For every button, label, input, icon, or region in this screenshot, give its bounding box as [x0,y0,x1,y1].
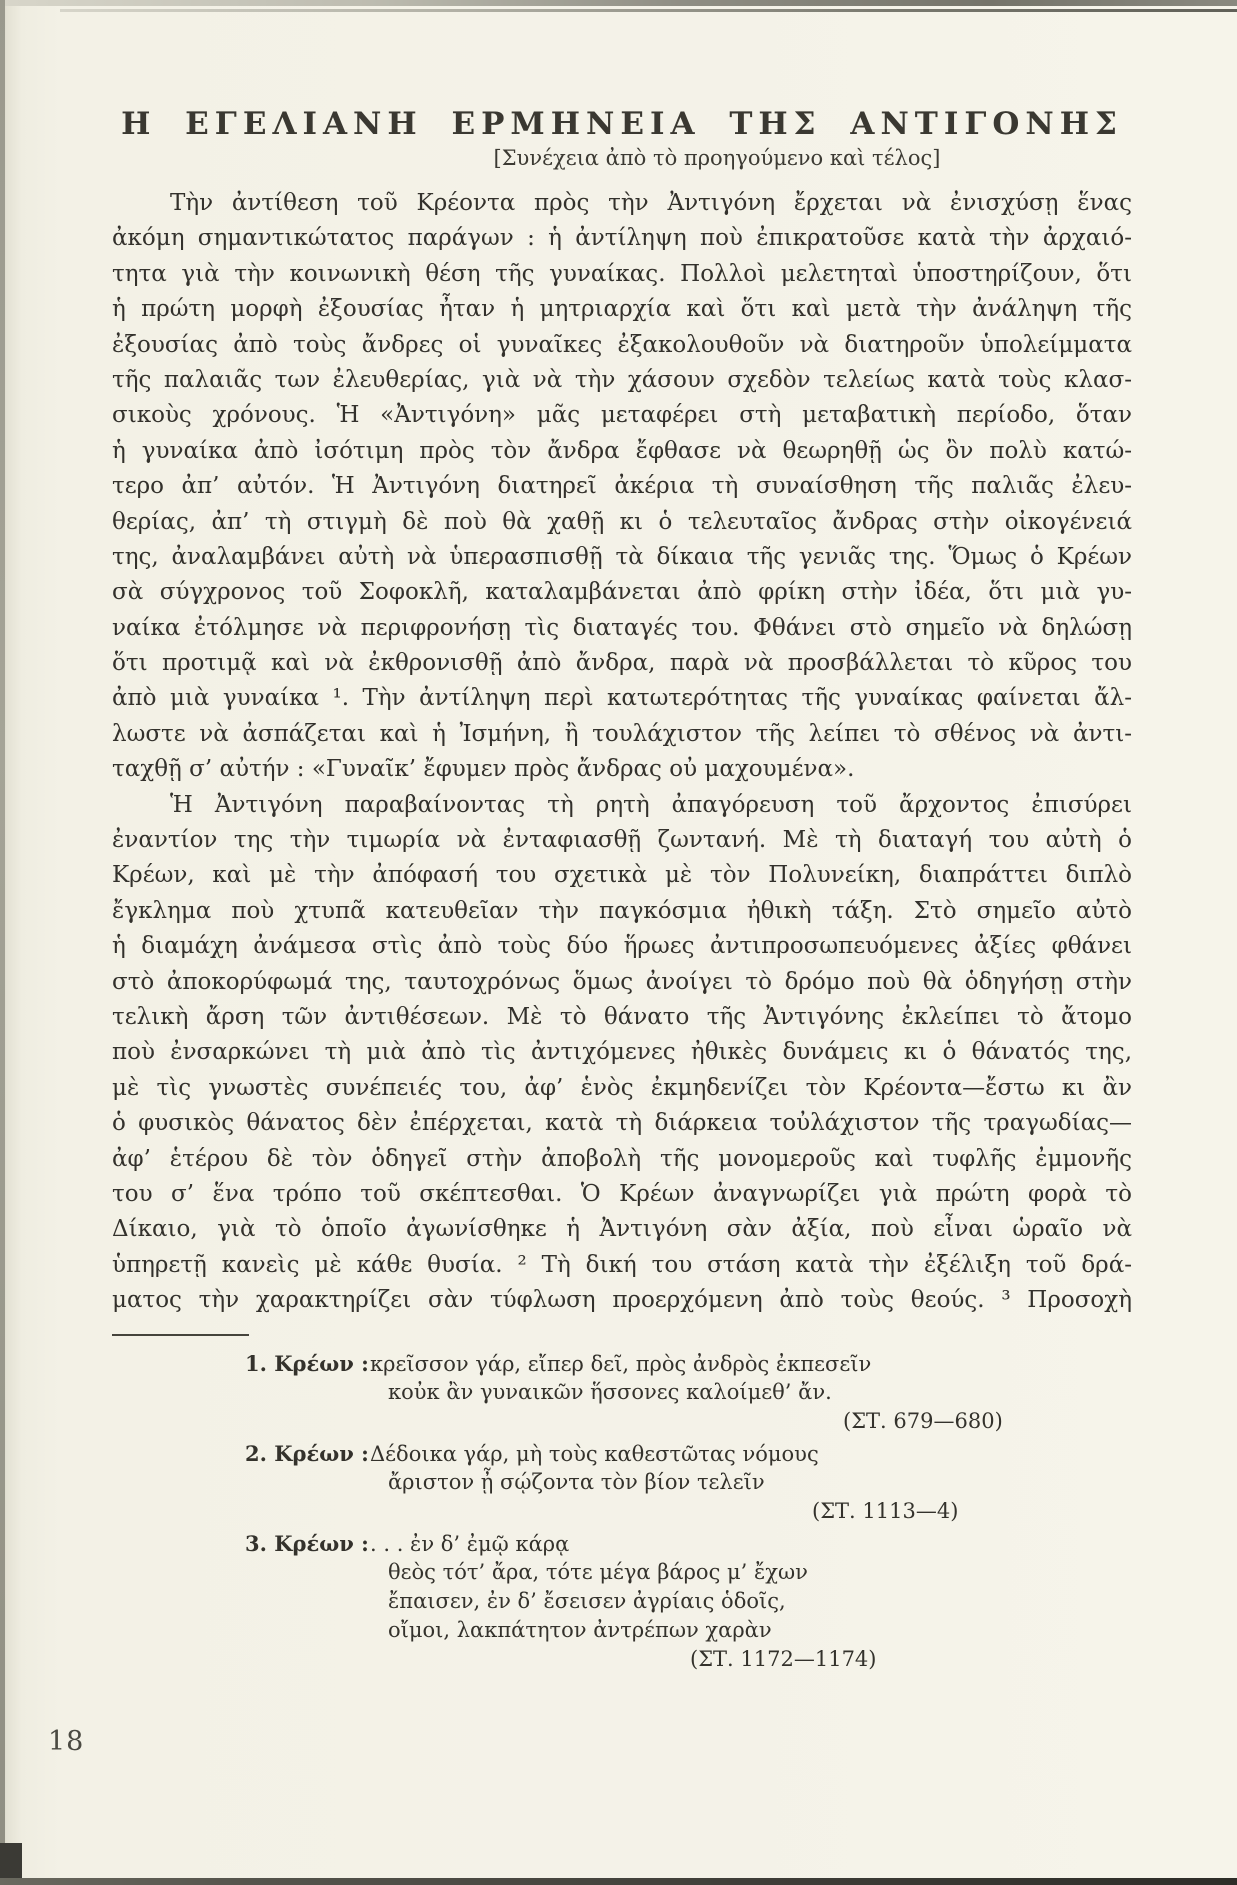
body-line: ναίκα ἐτόλμησε νὰ περιφρονήσῃ τὶς διαταγ… [112,611,1132,646]
body-text: Τὴν ἀντίθεση τοῦ Κρέοντα πρὸς τὴν Ἀντιγό… [112,186,1132,1319]
footnote-quote: κρεῖσσον γάρ, εἴπερ δεῖ, πρὸς ἀνδρὸς ἐκπ… [370,1352,871,1376]
footnote-quote: . . . ἐν δ’ ἐμῷ κάρᾳ [370,1532,569,1556]
footnote-line: ἄριστον ᾖ σῴζοντα τὸν βίον τελεῖν [245,1468,1132,1497]
body-line: της, ἀναλαμβάνει αὐτὴ νὰ ὑπερασπισθῇ τὰ … [112,540,1132,575]
footnote: 2. Κρέων :Δέδοικα γάρ, μὴ τοὺς καθεστῶτα… [245,1439,1132,1526]
footnote-line: οἴμοι, λακπάτητον ἀντρέπων χαρὰν [245,1616,1132,1645]
body-line: ἔγκλημα ποὺ χτυπᾶ κατευθεῖαν τὴν παγκόσμ… [112,894,1132,929]
body-line: Ἡ Ἀντιγόνη παραβαίνοντας τὴ ρητὴ ἀπαγόρε… [112,788,1132,823]
footnote-label: 1. Κρέων : [245,1349,370,1378]
body-line: τῆς παλαιᾶς των ἐλευθερίας, γιὰ νὰ τὴν χ… [112,363,1132,398]
body-line: Κρέων, καὶ μὲ τὴν ἀπόφασή του σχετικὰ μὲ… [112,858,1132,893]
body-line: Δίκαιο, γιὰ τὸ ὁποῖο ἀγωνίσθηκε ἡ Ἀντιγό… [112,1212,1132,1247]
scan-edge-left [0,0,5,1885]
body-line: θερίας, ἀπ’ τὴ στιγμὴ δὲ ποὺ θὰ χαθῇ κι … [112,505,1132,540]
footnote-line: 2. Κρέων :Δέδοικα γάρ, μὴ τοὺς καθεστῶτα… [245,1439,1132,1468]
body-line: ἐναντίον της τὴν τιμωρία νὰ ἐνταφιασθῇ ζ… [112,823,1132,858]
footnote-ref: (ΣΤ. 1172—1174) [245,1645,1132,1674]
footnote-ref: (ΣΤ. 1113—4) [245,1497,1132,1526]
body-line: λωστε νὰ ἀσπάζεται καὶ ἡ Ἰσμήνη, ἢ τουλά… [112,717,1132,752]
footnote: 3. Κρέων :. . . ἐν δ’ ἐμῷ κάρᾳθεὸς τότ’ … [245,1529,1132,1674]
body-line: ὁ φυσικὸς θάνατος δὲν ἐπέρχεται, κατὰ τὴ… [112,1106,1132,1141]
footnote-line: 3. Κρέων :. . . ἐν δ’ ἐμῷ κάρᾳ [245,1529,1132,1558]
body-line: ματος τὴν χαρακτηρίζει σὰν τύφλωση προερ… [112,1283,1132,1318]
body-line: σικοὺς χρόνους. Ἡ «Ἀντιγόνη» μᾶς μεταφέρ… [112,398,1132,433]
body-line: ἐξουσίας ἀπὸ τοὺς ἄνδρες οἱ γυναῖκες ἐξα… [112,328,1132,363]
body-line: ὅτι προτιμᾷ καὶ νὰ ἐκθρονισθῇ ἀπὸ ἄνδρα,… [112,646,1132,681]
body-line: ἀπὸ μιὰ γυναίκα ¹. Τὴν ἀντίληψη περὶ κατ… [112,681,1132,716]
body-line: τελικὴ ἄρση τῶν ἀντιθέσεων. Μὲ τὸ θάνατο… [112,1000,1132,1035]
footnote-label: 2. Κρέων : [245,1439,370,1468]
footnote: 1. Κρέων :κρεῖσσον γάρ, εἴπερ δεῖ, πρὸς … [245,1349,1132,1436]
footnote-line: θεὸς τότ’ ἄρα, τότε μέγα βάρος μ’ ἔχων [245,1558,1132,1587]
body-line: του σ’ ἕνα τρόπο τοῦ σκέπτεσθαι. Ὁ Κρέων… [112,1177,1132,1212]
footnote-line: ἔπαισεν, ἐν δ’ ἔσεισεν ἀγρίαις ὁδοῖς, [245,1587,1132,1616]
footnote-line: κοὐκ ἂν γυναικῶν ἥσσονες καλοίμεθ’ ἄν. [245,1378,1132,1407]
body-line: στὸ ἀποκορύφωμά της, ταυτοχρόνως ὅμως ἀν… [112,965,1132,1000]
body-line: ποὺ ἐνσαρκώνει τὴ μιὰ ἀπὸ τὶς ἀντιχόμενε… [112,1035,1132,1070]
page-number: 18 [48,1726,84,1757]
article-subtitle: [Συνέχεια ἀπὸ τὸ προηγούμενο καὶ τέλος] [112,146,1132,170]
body-line: ἀφ’ ἑτέρου δὲ τὸν ὁδηγεῖ στὴν ἀποβολὴ τῆ… [112,1142,1132,1177]
scanned-page: Η ΕΓΕΛΙΑΝΗ ΕΡΜΗΝΕΙΑ ΤΗΣ ΑΝΤΙΓΟΝΗΣ [Συνέχ… [0,0,1237,1885]
body-line: τητα γιὰ τὴν κοινωνικὴ θέση τῆς γυναίκας… [112,257,1132,292]
body-line: ἀκόμη σημαντικώτατος παράγων : ἡ ἀντίληψ… [112,221,1132,256]
body-line: ταχθῇ σ’ αὐτήν : «Γυναῖκ’ ἔφυμεν πρὸς ἄν… [112,752,1132,787]
body-line: ἡ πρώτη μορφὴ ἐξουσίας ἦταν ἡ μητριαρχία… [112,292,1132,327]
body-line: ὑπηρετῇ κανεὶς μὲ κάθε θυσία. ² Τὴ δική … [112,1248,1132,1283]
footnote-ref: (ΣΤ. 679—680) [245,1407,1132,1436]
body-line: ἡ διαμάχη ἀνάμεσα στὶς ἀπὸ τοὺς δύο ἥρωε… [112,929,1132,964]
page-content: Η ΕΓΕΛΙΑΝΗ ΕΡΜΗΝΕΙΑ ΤΗΣ ΑΝΤΙΓΟΝΗΣ [Συνέχ… [112,0,1132,1677]
body-line: μὲ τὶς γνωστὲς συνέπειές του, ἀφ’ ἑνὸς ἐ… [112,1071,1132,1106]
footnote-separator [112,1334,249,1336]
article-title: Η ΕΓΕΛΙΑΝΗ ΕΡΜΗΝΕΙΑ ΤΗΣ ΑΝΤΙΓΟΝΗΣ [112,106,1132,142]
footnote-line: 1. Κρέων :κρεῖσσον γάρ, εἴπερ δεῖ, πρὸς … [245,1349,1132,1378]
body-line: ἡ γυναίκα ἀπὸ ἰσότιμη πρὸς τὸν ἄνδρα ἔφθ… [112,434,1132,469]
footnote-label: 3. Κρέων : [245,1529,370,1558]
body-line: σὰ σύγχρονος τοῦ Σοφοκλῆ, καταλαμβάνεται… [112,575,1132,610]
scan-edge-bottom [0,1878,1237,1885]
body-line: τερο ἀπ’ αὐτόν. Ἡ Ἀντιγόνη διατηρεῖ ἀκέρ… [112,469,1132,504]
body-line: Τὴν ἀντίθεση τοῦ Κρέοντα πρὸς τὴν Ἀντιγό… [112,186,1132,221]
footnote-quote: Δέδοικα γάρ, μὴ τοὺς καθεστῶτας νόμους [370,1442,819,1466]
footnotes: 1. Κρέων :κρεῖσσον γάρ, εἴπερ δεῖ, πρὸς … [112,1349,1132,1674]
